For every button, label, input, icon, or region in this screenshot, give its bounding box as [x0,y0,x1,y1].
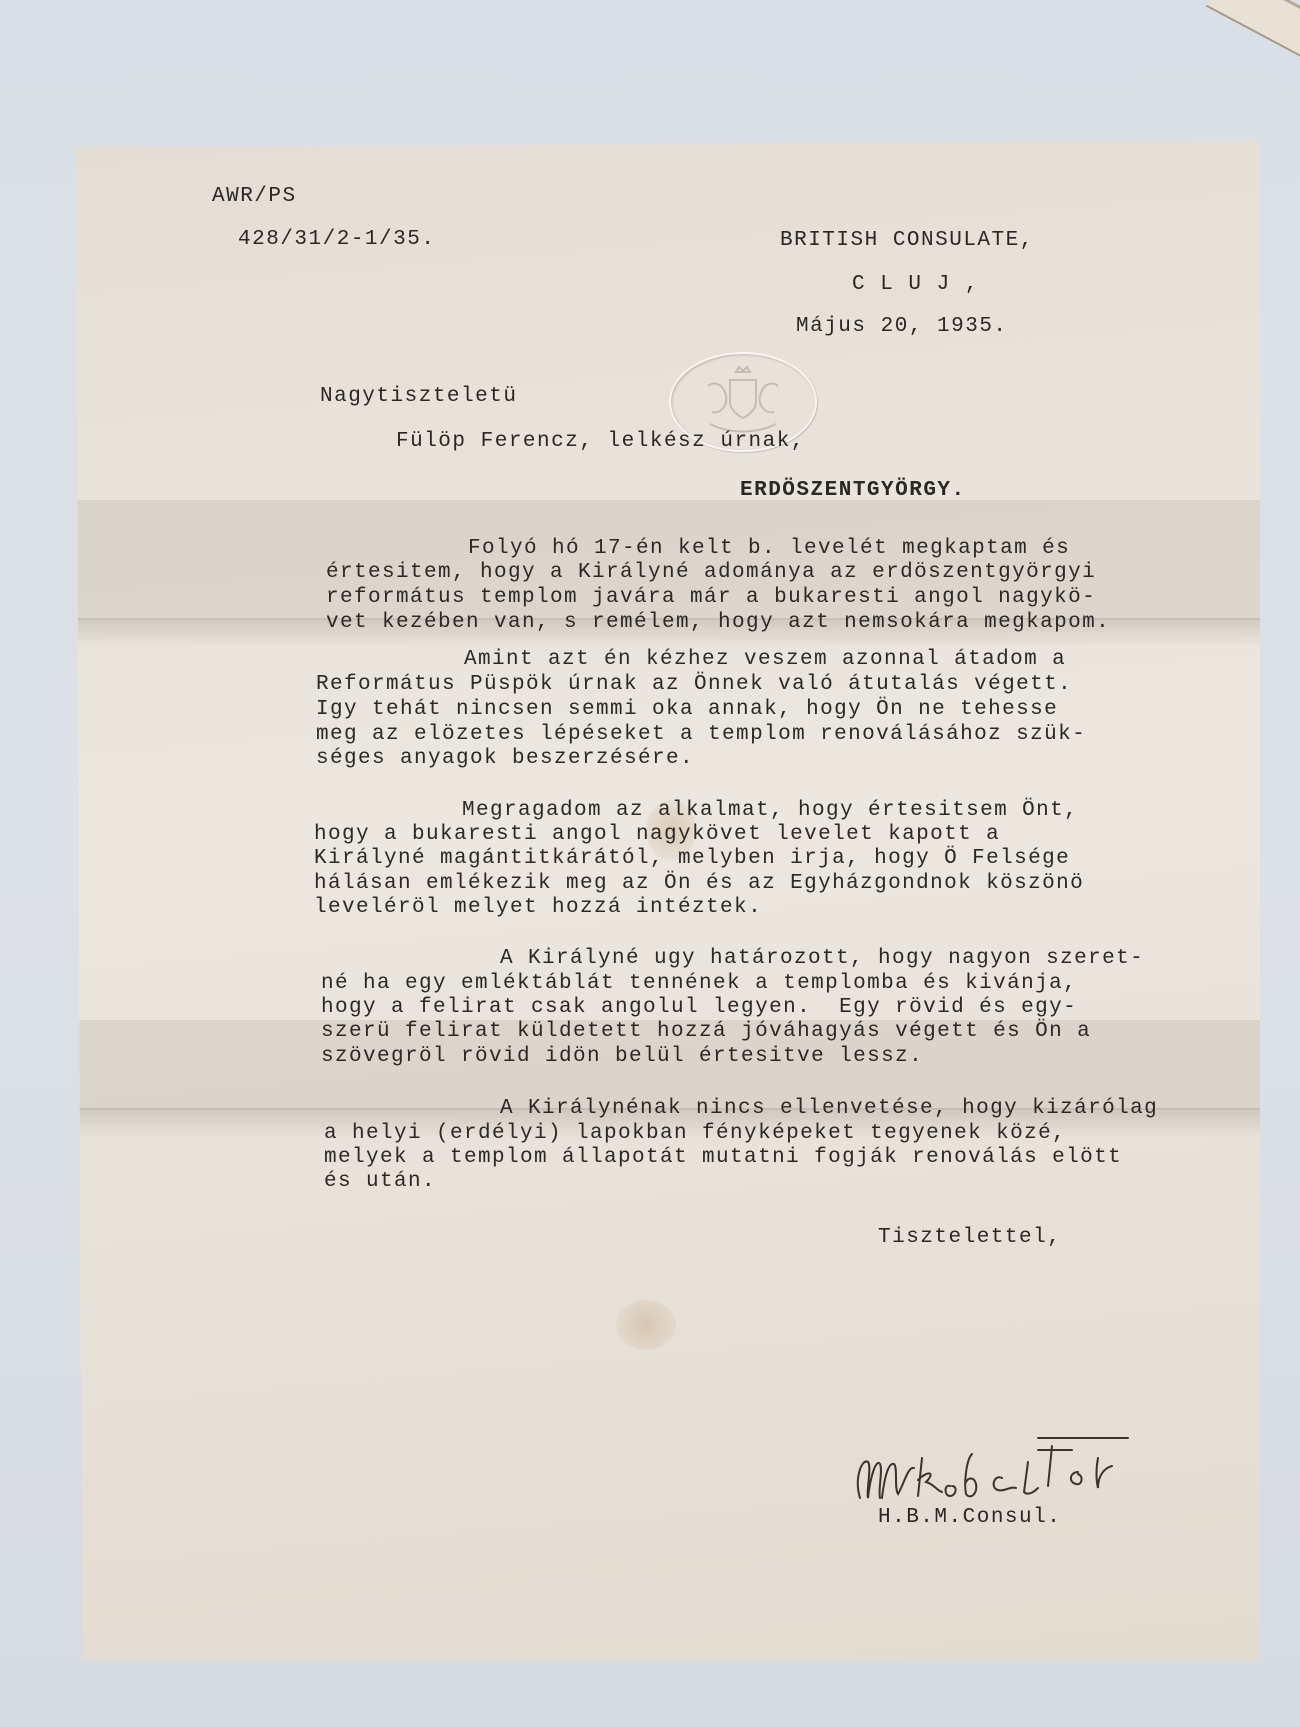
recipient-place: ERDÖSZENTGYÖRGY. [740,480,966,501]
body-line: értesitem, hogy a Királyné adománya az e… [326,561,1096,584]
body-line: Folyó hó 17-én kelt b. levelét megkaptam… [468,537,1070,560]
body-line: Megragadom az alkalmat, hogy értesitsem … [462,799,1078,822]
body-line: meg az elözetes lépéseket a templom reno… [316,723,1086,746]
body-line: Amint azt én kézhez veszem azonnal átado… [464,648,1066,671]
body-line: a helyi (erdélyi) lapokban fényképeket t… [324,1122,1066,1145]
body-line: és után. [324,1170,436,1193]
body-line: Királyné magántitkárától, melyben irja, … [314,847,1070,870]
body-line: Református Püspök úrnak az Önnek való át… [316,673,1072,696]
body-line: szerü felirat küldetett hozzá jóváhagyás… [321,1020,1091,1043]
body-line: séges anyagok beszerzésére. [316,747,694,770]
body-line: hogy a felirat csak angolul legyen. Egy … [321,996,1077,1019]
stain [616,1300,676,1350]
closing: Tisztelettel, [878,1227,1061,1248]
body-line: szövegröl rövid idön belül értesitve les… [321,1045,923,1068]
sender-city: C L U J , [852,274,979,295]
body-line: vet kezében van, s remélem, hogy azt nem… [326,611,1110,634]
letter-sheet: AWR/PS 428/31/2-1/35. BRITISH CONSULATE,… [76,140,1260,1660]
recipient-name: Fülöp Ferencz, lelkész úrnak, [396,431,805,452]
letter-date: Május 20, 1935. [796,316,1008,337]
signatory-title: H.B.M.Consul. [878,1507,1061,1528]
body-line: melyek a templom állapotát mutatni fogjá… [324,1146,1122,1169]
body-line: A Királyné ugy határozott, hogy nagyon s… [500,947,1144,970]
reference-number: 428/31/2-1/35. [238,229,435,250]
body-line: Igy tehát nincsen semmi oka annak, hogy … [316,698,1058,721]
body-line: hogy a bukaresti angol nagykövet levelet… [314,823,1000,846]
body-line: A Királynénak nincs ellenvetése, hogy ki… [500,1097,1158,1120]
reference-initials: AWR/PS [212,186,297,207]
sender-name: BRITISH CONSULATE, [780,230,1034,251]
body-line: né ha egy emléktáblát tennének a templom… [321,972,1077,995]
salutation: Nagytiszteletü [320,386,517,407]
body-line: hálásan emlékezik meg az Ön és az Egyház… [314,872,1084,895]
body-line: református templom javára már a bukarest… [326,586,1096,609]
handwritten-signature [852,1428,1232,1508]
body-line: leveléröl melyet hozzá intéztek. [314,896,762,919]
paper-stack-corner [1206,0,1300,58]
